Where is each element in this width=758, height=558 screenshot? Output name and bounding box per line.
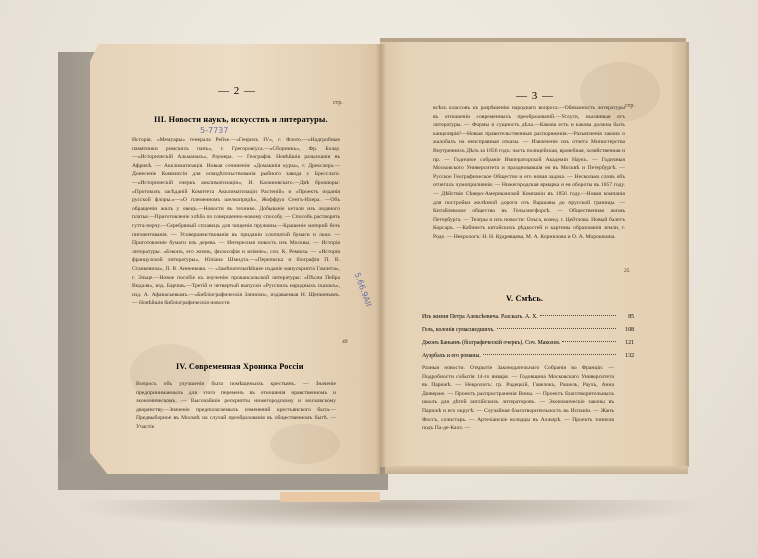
toc-leader-dots <box>483 354 616 355</box>
left-column-label: стр. <box>333 100 343 106</box>
toc-row: Ауэрбахъ и его романы. 132 <box>422 353 634 359</box>
section-iv-title: IV. Современная Хроника Россіи <box>176 362 304 371</box>
section-iv-text: Вопросъ объ улучшеніи быта помѣщичьихъ к… <box>136 380 336 432</box>
page-stack-bottom-edge <box>385 466 688 474</box>
section-v-title: V. Смѣсь. <box>506 294 543 303</box>
toc-page: 132 <box>618 353 634 359</box>
toc-page: 108 <box>618 327 634 333</box>
right-continued-text: всѣхъ классовъ къ разрѣшенію народнаго в… <box>433 104 625 242</box>
toc-title: Изъ жизни Петра Алексѣевича. Разсказъ. А… <box>422 314 538 320</box>
toc-leader-dots <box>540 315 616 316</box>
toc-page: 121 <box>618 340 634 346</box>
section-v-text: Разныя новости. Открытіе Законодательнаг… <box>422 364 614 433</box>
book-gutter <box>376 44 386 474</box>
toc-row: Изъ жизни Петра Алексѣевича. Разсказъ. А… <box>422 314 634 320</box>
handwritten-mark: 5-7737 <box>200 126 228 135</box>
section-iii-text: Исторія. «Мемуары» генерала Рейхе.—«Генр… <box>132 136 340 308</box>
section-iii-title: III. Новости наукъ, искусствъ и литерату… <box>154 115 328 124</box>
toc-leader-dots <box>562 341 616 342</box>
toc-row: Гель, колонія сумасшедшихъ. 108 <box>422 327 634 333</box>
toc-title: Ауэрбахъ и его романы. <box>422 353 481 359</box>
toc-page: 85 <box>618 314 634 320</box>
section-iii-paragraph: Исторія. «Мемуары» генерала Рейхе.—«Генр… <box>132 136 340 308</box>
toc-leader-dots <box>497 328 616 329</box>
section-iii-page-ref: 49 <box>342 338 362 347</box>
continued-page-ref: 25 <box>624 267 644 276</box>
book-shadow <box>70 500 710 530</box>
toc-row: Джонъ Баньянъ (біографическій очеркъ). С… <box>422 340 634 346</box>
binding-tape <box>280 492 380 502</box>
toc-title: Джонъ Баньянъ (біографическій очеркъ). С… <box>422 340 560 346</box>
left-page-number: — 2 — <box>218 85 256 97</box>
section-iv-paragraph: Вопросъ объ улучшеніи быта помѣщичьихъ к… <box>136 380 336 432</box>
continued-paragraph: всѣхъ классовъ къ разрѣшенію народнаго в… <box>433 104 625 242</box>
right-page-number: — 3 — <box>516 90 554 102</box>
right-column-label: стр. <box>625 103 635 109</box>
section-v-paragraph: Разныя новости. Открытіе Законодательнаг… <box>422 364 614 433</box>
toc-title: Гель, колонія сумасшедшихъ. <box>422 327 495 333</box>
